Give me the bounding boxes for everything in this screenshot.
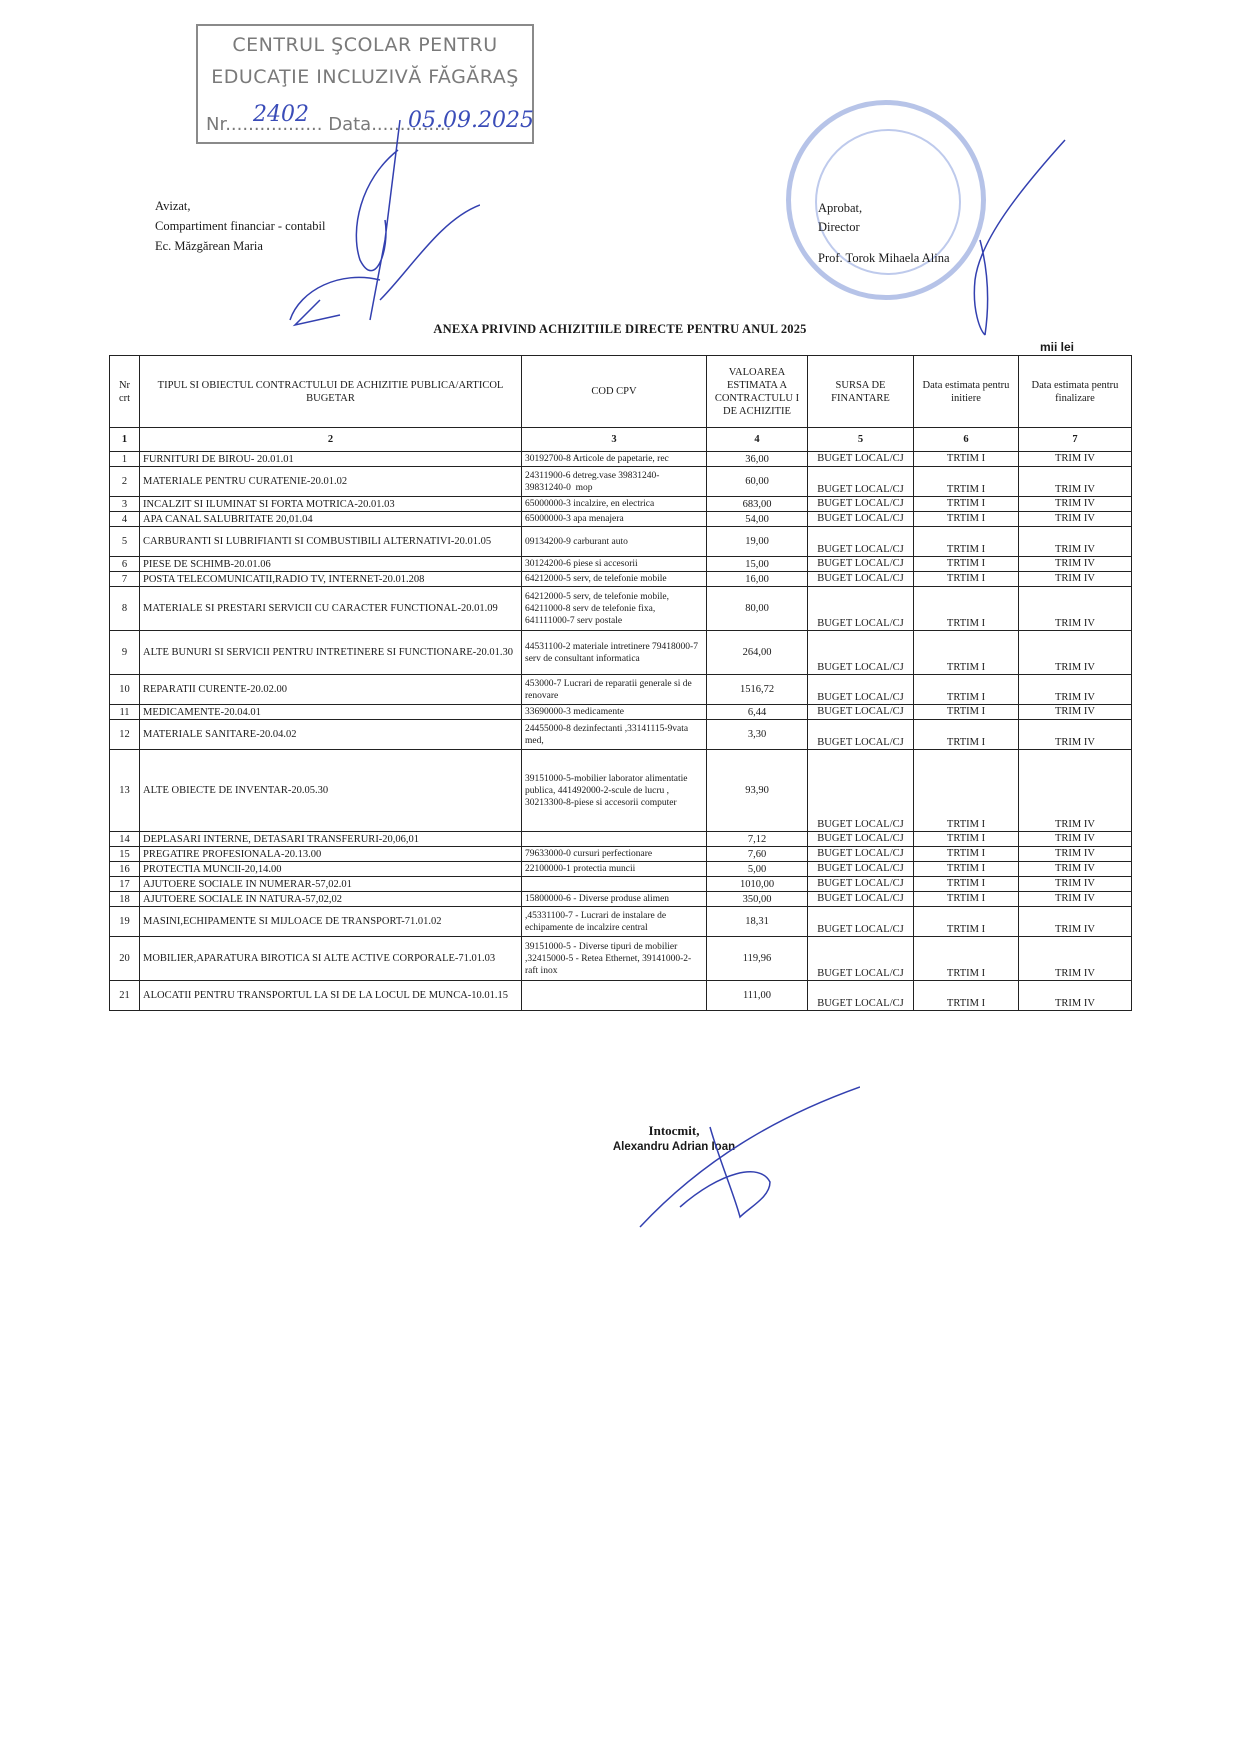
approved-name: Prof. Torok Mihaela Alina (818, 249, 950, 268)
table-column-index-row: 1 2 3 4 5 6 7 (110, 428, 1132, 452)
end-date-cell: TRIM IV (1019, 572, 1132, 587)
header-start-date: Data estimata pentru initiere (914, 356, 1019, 428)
table-row: 16PROTECTIA MUNCII-20,14.0022100000-1 pr… (110, 862, 1132, 877)
start-date-cell: TRTIM I (914, 907, 1019, 937)
prepared-label: Intocmit, (604, 1122, 744, 1139)
funding-source-cell: BUGET LOCAL/CJ (808, 705, 914, 720)
funding-source-cell: BUGET LOCAL/CJ (808, 832, 914, 847)
end-date-cell: TRIM IV (1019, 937, 1132, 981)
registration-number: 2402 (253, 102, 309, 127)
estimated-value-cell: 18,31 (707, 907, 808, 937)
end-date-cell: TRIM IV (1019, 675, 1132, 705)
start-date-cell: TRTIM I (914, 832, 1019, 847)
contract-type-cell: PIESE DE SCHIMB-20.01.06 (140, 557, 522, 572)
end-date-cell: TRIM IV (1019, 631, 1132, 675)
contract-type-cell: DEPLASARI INTERNE, DETASARI TRANSFERURI-… (140, 832, 522, 847)
table-row: 13ALTE OBIECTE DE INVENTAR-20.05.3039151… (110, 750, 1132, 832)
row-number-cell: 20 (110, 937, 140, 981)
estimated-value-cell: 5,00 (707, 862, 808, 877)
estimated-value-cell: 15,00 (707, 557, 808, 572)
cpv-code-cell (522, 832, 707, 847)
funding-source-cell: BUGET LOCAL/CJ (808, 892, 914, 907)
start-date-cell: TRTIM I (914, 720, 1019, 750)
row-number-cell: 14 (110, 832, 140, 847)
approved-label: Aprobat, (818, 199, 950, 218)
row-number-cell: 21 (110, 981, 140, 1011)
cpv-code-cell: 15800000-6 - Diverse produse alimen (522, 892, 707, 907)
funding-source-cell: BUGET LOCAL/CJ (808, 907, 914, 937)
estimated-value-cell: 54,00 (707, 512, 808, 527)
cpv-code-cell: 39151000-5 - Diverse tipuri de mobilier … (522, 937, 707, 981)
row-number-cell: 11 (110, 705, 140, 720)
start-date-cell: TRTIM I (914, 527, 1019, 557)
column-index: 4 (707, 428, 808, 452)
table-row: 8MATERIALE SI PRESTARI SERVICII CU CARAC… (110, 587, 1132, 631)
table-row: 12MATERIALE SANITARE-20.04.0224455000-8 … (110, 720, 1132, 750)
end-date-cell: TRIM IV (1019, 587, 1132, 631)
row-number-cell: 12 (110, 720, 140, 750)
start-date-cell: TRTIM I (914, 981, 1019, 1011)
row-number-cell: 1 (110, 452, 140, 467)
end-date-cell: TRIM IV (1019, 862, 1132, 877)
stamp-institution-line2: EDUCAŢIE INCLUZIVĂ FĂGĂRAŞ (198, 66, 532, 88)
contract-type-cell: FURNITURI DE BIROU- 20.01.01 (140, 452, 522, 467)
funding-source-cell: BUGET LOCAL/CJ (808, 512, 914, 527)
estimated-value-cell: 7,12 (707, 832, 808, 847)
funding-source-cell: BUGET LOCAL/CJ (808, 720, 914, 750)
cpv-code-cell: 64212000-5 serv, de telefonie mobile (522, 572, 707, 587)
estimated-value-cell: 6,44 (707, 705, 808, 720)
start-date-cell: TRTIM I (914, 587, 1019, 631)
row-number-cell: 18 (110, 892, 140, 907)
contract-type-cell: ALTE BUNURI SI SERVICII PENTRU INTRETINE… (140, 631, 522, 675)
cpv-code-cell: 453000-7 Lucrari de reparatii generale s… (522, 675, 707, 705)
column-index: 6 (914, 428, 1019, 452)
funding-source-cell: BUGET LOCAL/CJ (808, 981, 914, 1011)
start-date-cell: TRTIM I (914, 452, 1019, 467)
table-row: 2MATERIALE PENTRU CURATENIE-20.01.022431… (110, 467, 1132, 497)
estimated-value-cell: 80,00 (707, 587, 808, 631)
table-row: 6PIESE DE SCHIMB-20.01.0630124200-6 pies… (110, 557, 1132, 572)
row-number-cell: 3 (110, 497, 140, 512)
estimated-value-cell: 60,00 (707, 467, 808, 497)
cpv-code-cell: 24311900-6 detreg.vase 39831240- 3983124… (522, 467, 707, 497)
funding-source-cell: BUGET LOCAL/CJ (808, 631, 914, 675)
start-date-cell: TRTIM I (914, 675, 1019, 705)
cpv-code-cell: 64212000-5 serv, de telefonie mobile, 64… (522, 587, 707, 631)
funding-source-cell: BUGET LOCAL/CJ (808, 847, 914, 862)
contract-type-cell: AJUTOERE SOCIALE IN NATURA-57,02,02 (140, 892, 522, 907)
row-number-cell: 5 (110, 527, 140, 557)
estimated-value-cell: 264,00 (707, 631, 808, 675)
funding-source-cell: BUGET LOCAL/CJ (808, 750, 914, 832)
table-row: 17AJUTOERE SOCIALE IN NUMERAR-57,02.0110… (110, 877, 1132, 892)
table-row: 9ALTE BUNURI SI SERVICII PENTRU INTRETIN… (110, 631, 1132, 675)
currency-unit: mii lei (1040, 340, 1074, 354)
column-index: 1 (110, 428, 140, 452)
cpv-code-cell: 39151000-5-mobilier laborator alimentati… (522, 750, 707, 832)
contract-type-cell: AJUTOERE SOCIALE IN NUMERAR-57,02.01 (140, 877, 522, 892)
cpv-code-cell (522, 877, 707, 892)
end-date-cell: TRIM IV (1019, 720, 1132, 750)
cpv-code-cell: 24455000-8 dezinfectanti ,33141115-9vata… (522, 720, 707, 750)
start-date-cell: TRTIM I (914, 512, 1019, 527)
row-number-cell: 15 (110, 847, 140, 862)
funding-source-cell: BUGET LOCAL/CJ (808, 557, 914, 572)
cpv-code-cell: 33690000-3 medicamente (522, 705, 707, 720)
row-number-cell: 9 (110, 631, 140, 675)
contract-type-cell: MATERIALE SI PRESTARI SERVICII CU CARACT… (140, 587, 522, 631)
row-number-cell: 17 (110, 877, 140, 892)
table-row: 15PREGATIRE PROFESIONALA-20.13.007963300… (110, 847, 1132, 862)
start-date-cell: TRTIM I (914, 847, 1019, 862)
funding-source-cell: BUGET LOCAL/CJ (808, 862, 914, 877)
header-funding-source: SURSA DE FINANTARE (808, 356, 914, 428)
row-number-cell: 7 (110, 572, 140, 587)
cpv-code-cell: 09134200-9 carburant auto (522, 527, 707, 557)
end-date-cell: TRIM IV (1019, 705, 1132, 720)
row-number-cell: 6 (110, 557, 140, 572)
contract-type-cell: REPARATII CURENTE-20.02.00 (140, 675, 522, 705)
endorsed-label: Avizat, (155, 196, 325, 216)
start-date-cell: TRTIM I (914, 631, 1019, 675)
table-row: 11MEDICAMENTE-20.04.0133690000-3 medicam… (110, 705, 1132, 720)
end-date-cell: TRIM IV (1019, 892, 1132, 907)
estimated-value-cell: 36,00 (707, 452, 808, 467)
start-date-cell: TRTIM I (914, 862, 1019, 877)
funding-source-cell: BUGET LOCAL/CJ (808, 467, 914, 497)
cpv-code-cell: 65000000-3 apa menajera (522, 512, 707, 527)
end-date-cell: TRIM IV (1019, 467, 1132, 497)
estimated-value-cell: 93,90 (707, 750, 808, 832)
contract-type-cell: INCALZIT SI ILUMINAT SI FORTA MOTRICA-20… (140, 497, 522, 512)
row-number-cell: 13 (110, 750, 140, 832)
acquisitions-table: Nr crt TIPUL SI OBIECTUL CONTRACTULUI DE… (109, 355, 1132, 1011)
funding-source-cell: BUGET LOCAL/CJ (808, 572, 914, 587)
contract-type-cell: POSTA TELECOMUNICATII,RADIO TV, INTERNET… (140, 572, 522, 587)
start-date-cell: TRTIM I (914, 892, 1019, 907)
endorsed-name: Ec. Măzgărean Maria (155, 236, 325, 256)
table-row: 4APA CANAL SALUBRITATE 20,01.0465000000-… (110, 512, 1132, 527)
end-date-cell: TRIM IV (1019, 750, 1132, 832)
estimated-value-cell: 7,60 (707, 847, 808, 862)
cpv-code-cell: 30192700-8 Articole de papetarie, rec (522, 452, 707, 467)
contract-type-cell: MATERIALE PENTRU CURATENIE-20.01.02 (140, 467, 522, 497)
contract-type-cell: APA CANAL SALUBRITATE 20,01.04 (140, 512, 522, 527)
funding-source-cell: BUGET LOCAL/CJ (808, 497, 914, 512)
endorsed-department: Compartiment financiar - contabil (155, 216, 325, 236)
table-row: 3INCALZIT SI ILUMINAT SI FORTA MOTRICA-2… (110, 497, 1132, 512)
funding-source-cell: BUGET LOCAL/CJ (808, 452, 914, 467)
table-row: 21ALOCATII PENTRU TRANSPORTUL LA SI DE L… (110, 981, 1132, 1011)
registration-date: 05.09.2025 (408, 108, 534, 133)
header-cpv-code: COD CPV (522, 356, 707, 428)
estimated-value-cell: 111,00 (707, 981, 808, 1011)
estimated-value-cell: 1010,00 (707, 877, 808, 892)
start-date-cell: TRTIM I (914, 497, 1019, 512)
row-number-cell: 10 (110, 675, 140, 705)
table-row: 20MOBILIER,APARATURA BIROTICA SI ALTE AC… (110, 937, 1132, 981)
start-date-cell: TRTIM I (914, 557, 1019, 572)
funding-source-cell: BUGET LOCAL/CJ (808, 877, 914, 892)
contract-type-cell: PREGATIRE PROFESIONALA-20.13.00 (140, 847, 522, 862)
column-index: 3 (522, 428, 707, 452)
cpv-code-cell: 65000000-3 incalzire, en electrica (522, 497, 707, 512)
end-date-cell: TRIM IV (1019, 832, 1132, 847)
estimated-value-cell: 350,00 (707, 892, 808, 907)
table-row: 18AJUTOERE SOCIALE IN NATURA-57,02,02158… (110, 892, 1132, 907)
row-number-cell: 19 (110, 907, 140, 937)
end-date-cell: TRIM IV (1019, 877, 1132, 892)
estimated-value-cell: 119,96 (707, 937, 808, 981)
estimated-value-cell: 1516,72 (707, 675, 808, 705)
header-end-date: Data estimata pentru finalizare (1019, 356, 1132, 428)
header-contract-type: TIPUL SI OBIECTUL CONTRACTULUI DE ACHIZI… (140, 356, 522, 428)
start-date-cell: TRTIM I (914, 705, 1019, 720)
header-estimated-value: VALOAREA ESTIMATA A CONTRACTULU I DE ACH… (707, 356, 808, 428)
row-number-cell: 4 (110, 512, 140, 527)
table-row: 1FURNITURI DE BIROU- 20.01.0130192700-8 … (110, 452, 1132, 467)
start-date-cell: TRTIM I (914, 467, 1019, 497)
approval-block: Aprobat, Director Prof. Torok Mihaela Al… (818, 199, 950, 268)
table-row: 7POSTA TELECOMUNICATII,RADIO TV, INTERNE… (110, 572, 1132, 587)
contract-type-cell: ALTE OBIECTE DE INVENTAR-20.05.30 (140, 750, 522, 832)
funding-source-cell: BUGET LOCAL/CJ (808, 527, 914, 557)
stamp-institution-line1: CENTRUL ŞCOLAR PENTRU (198, 34, 532, 56)
end-date-cell: TRIM IV (1019, 981, 1132, 1011)
row-number-cell: 8 (110, 587, 140, 631)
registration-stamp: CENTRUL ŞCOLAR PENTRU EDUCAŢIE INCLUZIVĂ… (196, 24, 534, 144)
end-date-cell: TRIM IV (1019, 512, 1132, 527)
contract-type-cell: MASINI,ECHIPAMENTE SI MIJLOACE DE TRANSP… (140, 907, 522, 937)
funding-source-cell: BUGET LOCAL/CJ (808, 937, 914, 981)
funding-source-cell: BUGET LOCAL/CJ (808, 587, 914, 631)
cpv-code-cell: ,45331100-7 - Lucrari de instalare de ec… (522, 907, 707, 937)
start-date-cell: TRTIM I (914, 877, 1019, 892)
end-date-cell: TRIM IV (1019, 557, 1132, 572)
cpv-code-cell: 44531100-2 materiale intretinere 7941800… (522, 631, 707, 675)
end-date-cell: TRIM IV (1019, 527, 1132, 557)
estimated-value-cell: 19,00 (707, 527, 808, 557)
endorsement-block: Avizat, Compartiment financiar - contabi… (155, 196, 325, 256)
contract-type-cell: MOBILIER,APARATURA BIROTICA SI ALTE ACTI… (140, 937, 522, 981)
table-row: 14DEPLASARI INTERNE, DETASARI TRANSFERUR… (110, 832, 1132, 847)
column-index: 5 (808, 428, 914, 452)
start-date-cell: TRTIM I (914, 937, 1019, 981)
table-row: 10REPARATII CURENTE-20.02.00453000-7 Luc… (110, 675, 1132, 705)
cpv-code-cell (522, 981, 707, 1011)
cpv-code-cell: 30124200-6 piese si accesorii (522, 557, 707, 572)
cpv-code-cell: 79633000-0 cursuri perfectionare (522, 847, 707, 862)
column-index: 7 (1019, 428, 1132, 452)
row-number-cell: 2 (110, 467, 140, 497)
end-date-cell: TRIM IV (1019, 497, 1132, 512)
start-date-cell: TRTIM I (914, 750, 1019, 832)
estimated-value-cell: 16,00 (707, 572, 808, 587)
end-date-cell: TRIM IV (1019, 907, 1132, 937)
prepared-by-block: Intocmit, Alexandru Adrian Ioan (604, 1122, 744, 1156)
contract-type-cell: MEDICAMENTE-20.04.01 (140, 705, 522, 720)
table-header-row: Nr crt TIPUL SI OBIECTUL CONTRACTULUI DE… (110, 356, 1132, 428)
column-index: 2 (140, 428, 522, 452)
prepared-name: Alexandru Adrian Ioan (604, 1139, 744, 1156)
document-title: ANEXA PRIVIND ACHIZITIILE DIRECTE PENTRU… (0, 322, 1240, 337)
signature-preparer-icon (620, 1082, 860, 1232)
header-nr: Nr crt (110, 356, 140, 428)
funding-source-cell: BUGET LOCAL/CJ (808, 675, 914, 705)
row-number-cell: 16 (110, 862, 140, 877)
end-date-cell: TRIM IV (1019, 452, 1132, 467)
cpv-code-cell: 22100000-1 protectia muncii (522, 862, 707, 877)
start-date-cell: TRTIM I (914, 572, 1019, 587)
contract-type-cell: MATERIALE SANITARE-20.04.02 (140, 720, 522, 750)
contract-type-cell: CARBURANTI SI LUBRIFIANTI SI COMBUSTIBIL… (140, 527, 522, 557)
table-row: 19MASINI,ECHIPAMENTE SI MIJLOACE DE TRAN… (110, 907, 1132, 937)
table-row: 5CARBURANTI SI LUBRIFIANTI SI COMBUSTIBI… (110, 527, 1132, 557)
estimated-value-cell: 3,30 (707, 720, 808, 750)
estimated-value-cell: 683,00 (707, 497, 808, 512)
end-date-cell: TRIM IV (1019, 847, 1132, 862)
contract-type-cell: PROTECTIA MUNCII-20,14.00 (140, 862, 522, 877)
approved-role: Director (818, 218, 950, 237)
contract-type-cell: ALOCATII PENTRU TRANSPORTUL LA SI DE LA … (140, 981, 522, 1011)
